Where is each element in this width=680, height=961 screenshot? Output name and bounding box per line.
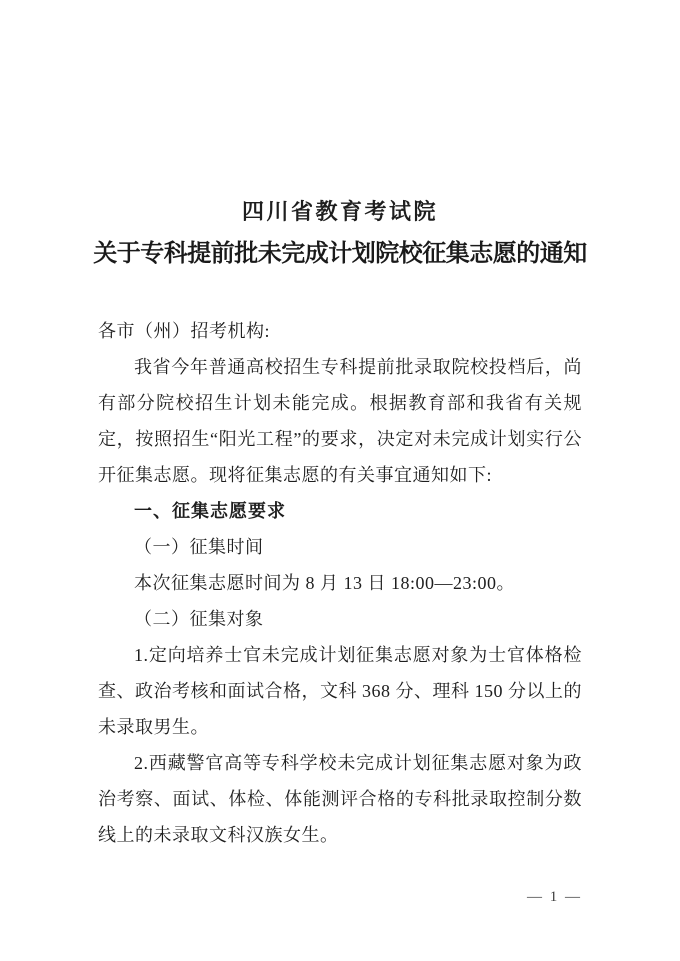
target-para-2-line-1: 2.西藏警官高等专科学校未完成计划征集志愿对象为政 — [98, 745, 582, 781]
target-para-1-line-1: 1.定向培养士官未完成计划征集志愿对象为士官体格检 — [98, 637, 582, 673]
collection-time-line: 本次征集志愿时间为 8 月 13 日 18:00—23:00。 — [98, 565, 582, 601]
target-para-1-line-3: 未录取男生。 — [98, 709, 582, 745]
intro-para-line-3: 定，按照招生“阳光工程”的要求，决定对未完成计划实行公 — [98, 421, 582, 457]
target-para-2-line-3: 线上的未录取文科汉族女生。 — [98, 817, 582, 853]
subsection-1-heading: （一）征集时间 — [98, 529, 582, 565]
intro-para-line-4: 开征集志愿。现将征集志愿的有关事宜通知如下: — [98, 457, 582, 493]
intro-para-line-1: 我省今年普通高校招生专科提前批录取院校投档后，尚 — [98, 349, 582, 385]
org-title: 四川省教育考试院 — [0, 196, 680, 228]
intro-para-line-2: 有部分院校招生计划未能完成。根据教育部和我省有关规 — [98, 385, 582, 421]
section-1-heading: 一、征集志愿要求 — [98, 493, 582, 529]
page-number: — 1 — — [527, 889, 582, 906]
target-para-2-line-2: 治考察、面试、体检、体能测评合格的专科批录取控制分数 — [98, 781, 582, 817]
target-para-1-line-2: 查、政治考核和面试合格，文科 368 分、理科 150 分以上的 — [98, 673, 582, 709]
document-page: 四川省教育考试院 关于专科提前批未完成计划院校征集志愿的通知 各市（州）招考机构… — [0, 0, 680, 961]
salutation-line: 各市（州）招考机构: — [98, 313, 582, 349]
notice-title: 关于专科提前批未完成计划院校征集志愿的通知 — [0, 235, 680, 273]
doc-body: 各市（州）招考机构: 我省今年普通高校招生专科提前批录取院校投档后，尚 有部分院… — [98, 313, 582, 853]
subsection-2-heading: （二）征集对象 — [98, 601, 582, 637]
